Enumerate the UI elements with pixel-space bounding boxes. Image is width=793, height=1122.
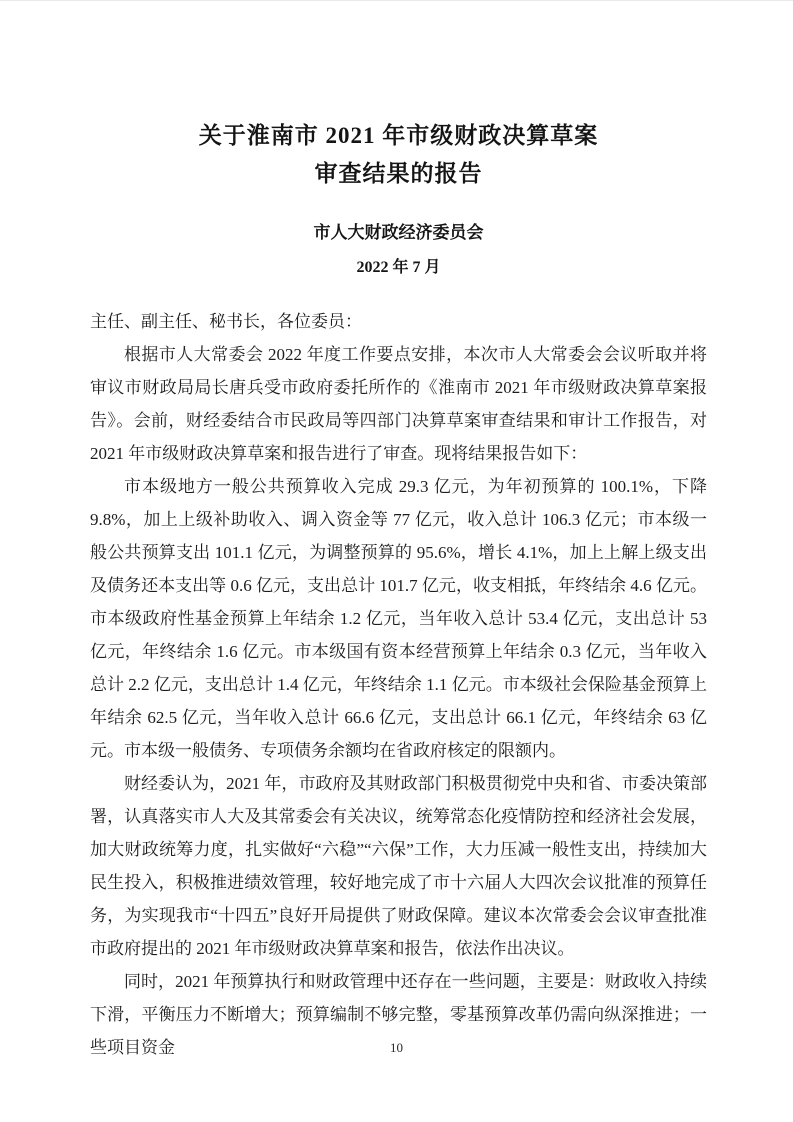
report-author: 市人大财政经济委员会 <box>90 221 707 245</box>
title-line-1: 关于淮南市 2021 年市级财政决算草案 <box>90 117 707 155</box>
body-paragraph-1: 根据市人大常委会 2022 年度工作要点安排，本次市人大常委会会议听取并将审议市… <box>90 338 707 470</box>
document-content: 关于淮南市 2021 年市级财政决算草案 审查结果的报告 市人大财政经济委员会 … <box>90 1 707 1064</box>
document-body: 主任、副主任、秘书长，各位委员： 根据市人大常委会 2022 年度工作要点安排，… <box>90 305 707 1064</box>
salutation-line: 主任、副主任、秘书长，各位委员： <box>90 305 707 338</box>
body-paragraph-3: 财经委认为，2021 年，市政府及其财政部门积极贯彻党中央和省、市委决策部署，认… <box>90 767 707 965</box>
page-number: 10 <box>0 1039 793 1057</box>
report-date: 2022 年 7 月 <box>90 257 707 279</box>
body-paragraph-2: 市本级地方一般公共预算收入完成 29.3 亿元，为年初预算的 100.1%，下降… <box>90 470 707 767</box>
title-line-2: 审查结果的报告 <box>90 155 707 193</box>
document-title: 关于淮南市 2021 年市级财政决算草案 审查结果的报告 <box>90 117 707 193</box>
document-page: 关于淮南市 2021 年市级财政决算草案 审查结果的报告 市人大财政经济委员会 … <box>0 0 793 1122</box>
